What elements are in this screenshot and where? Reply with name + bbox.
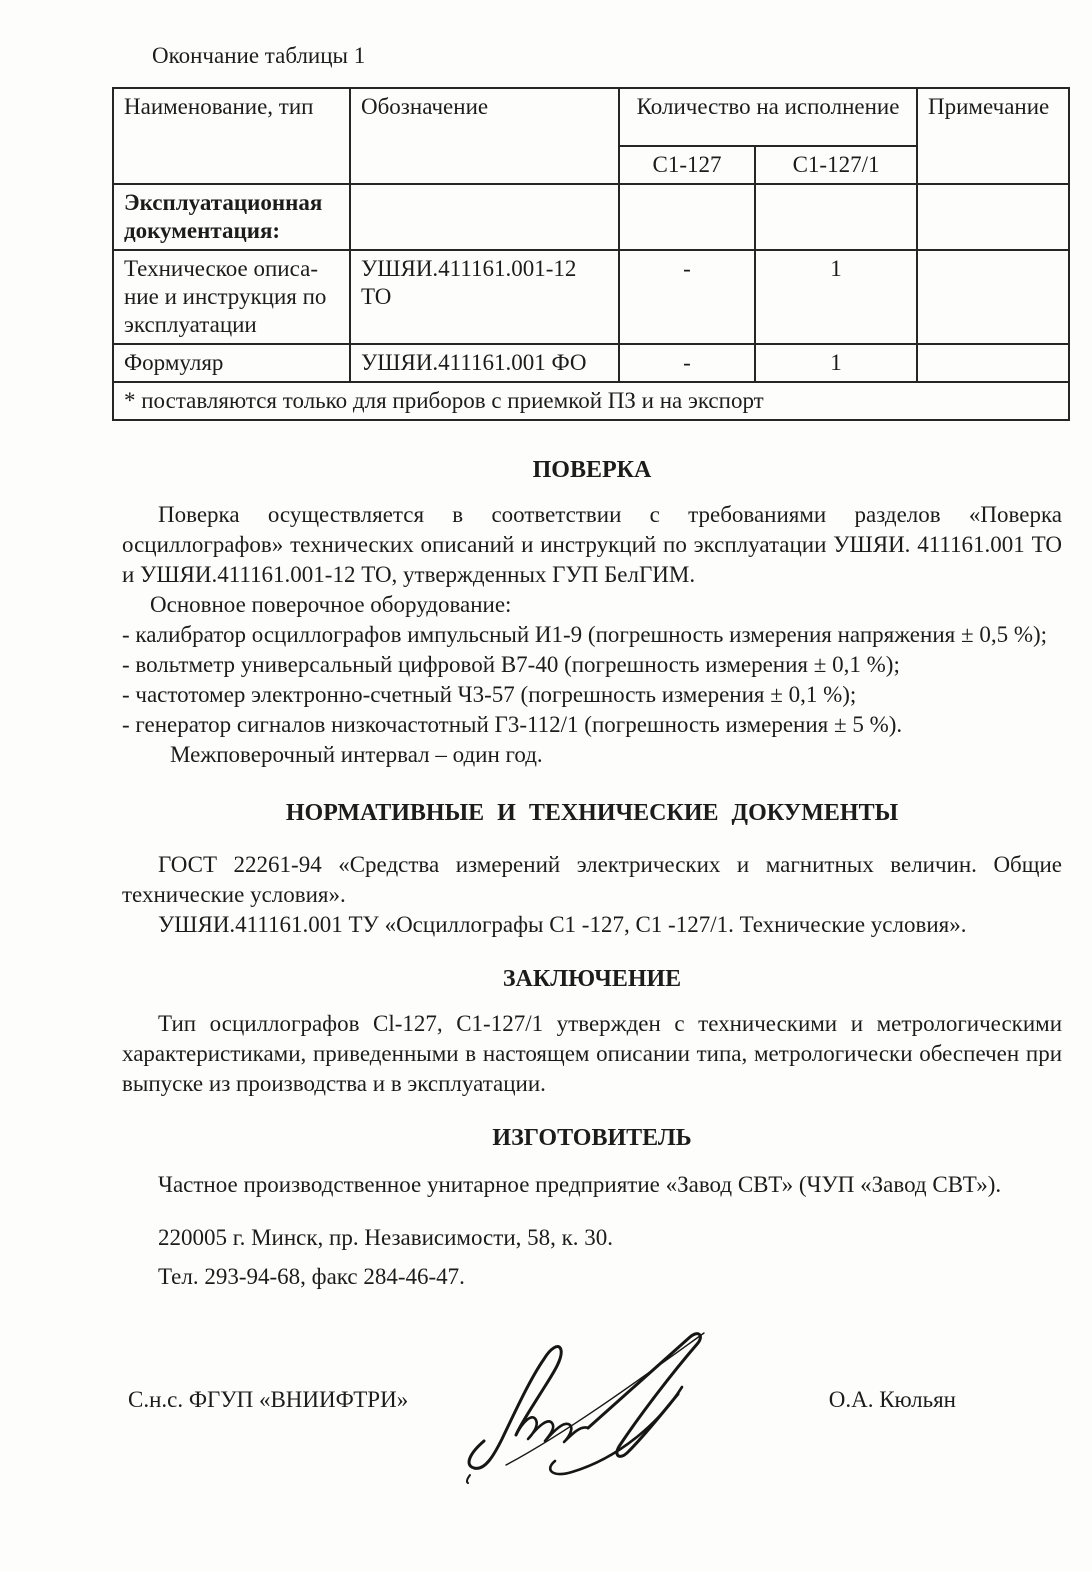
- paragraph-conclusion: Тип осциллографов Сl-127, С1-127/1 утвер…: [122, 1009, 1062, 1099]
- table-row: Формуляр УШЯИ.411161.001 ФО - 1: [113, 344, 1069, 382]
- signer-name: О.А. Кюльян: [829, 1387, 956, 1413]
- components-table: Наименование, тип Обозначение Количество…: [112, 87, 1070, 421]
- paragraph-verification: Поверка осуществляется в соответствии с …: [122, 500, 1062, 590]
- equipment-item: - генератор сигналов низкочастотный Г3-1…: [122, 710, 1062, 740]
- paragraph-tu: УШЯИ.411161.001 ТУ «Осциллографы С1 -127…: [122, 910, 1062, 940]
- signer-title: С.н.с. ФГУП «ВНИИФТРИ»: [128, 1387, 408, 1413]
- cell-qty-c1-127-1: [755, 184, 917, 250]
- table-caption: Окончание таблицы 1: [152, 42, 1092, 70]
- equipment-list: - калибратор осциллографов импульсный И1…: [0, 620, 1092, 740]
- paragraph-gost: ГОСТ 22261-94 «Средства измерений электр…: [122, 850, 1062, 910]
- heading-verification: ПОВЕРКА: [122, 455, 1062, 485]
- table-footnote: * поставляются только для приборов с при…: [113, 382, 1069, 420]
- cell-note: [917, 184, 1069, 250]
- cell-note: [917, 250, 1069, 344]
- cell-name: Эксплуатационная документация:: [113, 184, 350, 250]
- cell-qty-c1-127-1: 1: [755, 250, 917, 344]
- cell-designation: УШЯИ.411161.001-12 ТО: [350, 250, 619, 344]
- header-designation: Обозначение: [350, 88, 619, 184]
- heading-manufacturer: ИЗГОТОВИТЕЛЬ: [122, 1123, 1062, 1153]
- header-quantity: Количество на исполнение: [619, 88, 917, 146]
- manufacturer-phone: Тел. 293-94-68, факс 284-46-47.: [122, 1262, 1062, 1292]
- table-header-row: Наименование, тип Обозначение Количество…: [113, 88, 1069, 146]
- cell-designation: УШЯИ.411161.001 ФО: [350, 344, 619, 382]
- subheader-c1-127: С1-127: [619, 146, 755, 184]
- equipment-item: - вольтметр универсальный цифровой В7-40…: [122, 650, 1062, 680]
- cell-designation: [350, 184, 619, 250]
- heading-standards: НОРМАТИВНЫЕ И ТЕХНИЧЕСКИЕ ДОКУМЕНТЫ: [122, 798, 1062, 828]
- cell-name: Формуляр: [113, 344, 350, 382]
- subheader-c1-127-1: С1-127/1: [755, 146, 917, 184]
- document-page: Окончание таблицы 1 Наименование, тип Об…: [0, 0, 1092, 1572]
- signature-scrawl: [450, 1315, 740, 1485]
- cell-qty-c1-127: [619, 184, 755, 250]
- cell-qty-c1-127: -: [619, 344, 755, 382]
- cell-qty-c1-127: -: [619, 250, 755, 344]
- signature-block: С.н.с. ФГУП «ВНИИФТРИ» О.А. Кюльян: [128, 1320, 1092, 1480]
- cell-name: Техническое описа- ние и инструкция по э…: [113, 250, 350, 344]
- equipment-item: - частотомер электронно-счетный Ч3-57 (п…: [122, 680, 1062, 710]
- header-name: Наименование, тип: [113, 88, 350, 184]
- table-footnote-row: * поставляются только для приборов с при…: [113, 382, 1069, 420]
- table-row: Техническое описа- ние и инструкция по э…: [113, 250, 1069, 344]
- manufacturer-name: Частное производственное унитарное предп…: [122, 1170, 1062, 1200]
- cell-qty-c1-127-1: 1: [755, 344, 917, 382]
- header-note: Примечание: [917, 88, 1069, 184]
- equipment-intro: Основное поверочное оборудование:: [122, 590, 1062, 620]
- heading-conclusion: ЗАКЛЮЧЕНИЕ: [122, 964, 1062, 994]
- cell-note: [917, 344, 1069, 382]
- interval-note: Межповерочный интервал – один год.: [122, 740, 1062, 770]
- equipment-item: - калибратор осциллографов импульсный И1…: [122, 620, 1062, 650]
- manufacturer-address: 220005 г. Минск, пр. Независимости, 58, …: [122, 1223, 1062, 1253]
- table-row: Эксплуатационная документация:: [113, 184, 1069, 250]
